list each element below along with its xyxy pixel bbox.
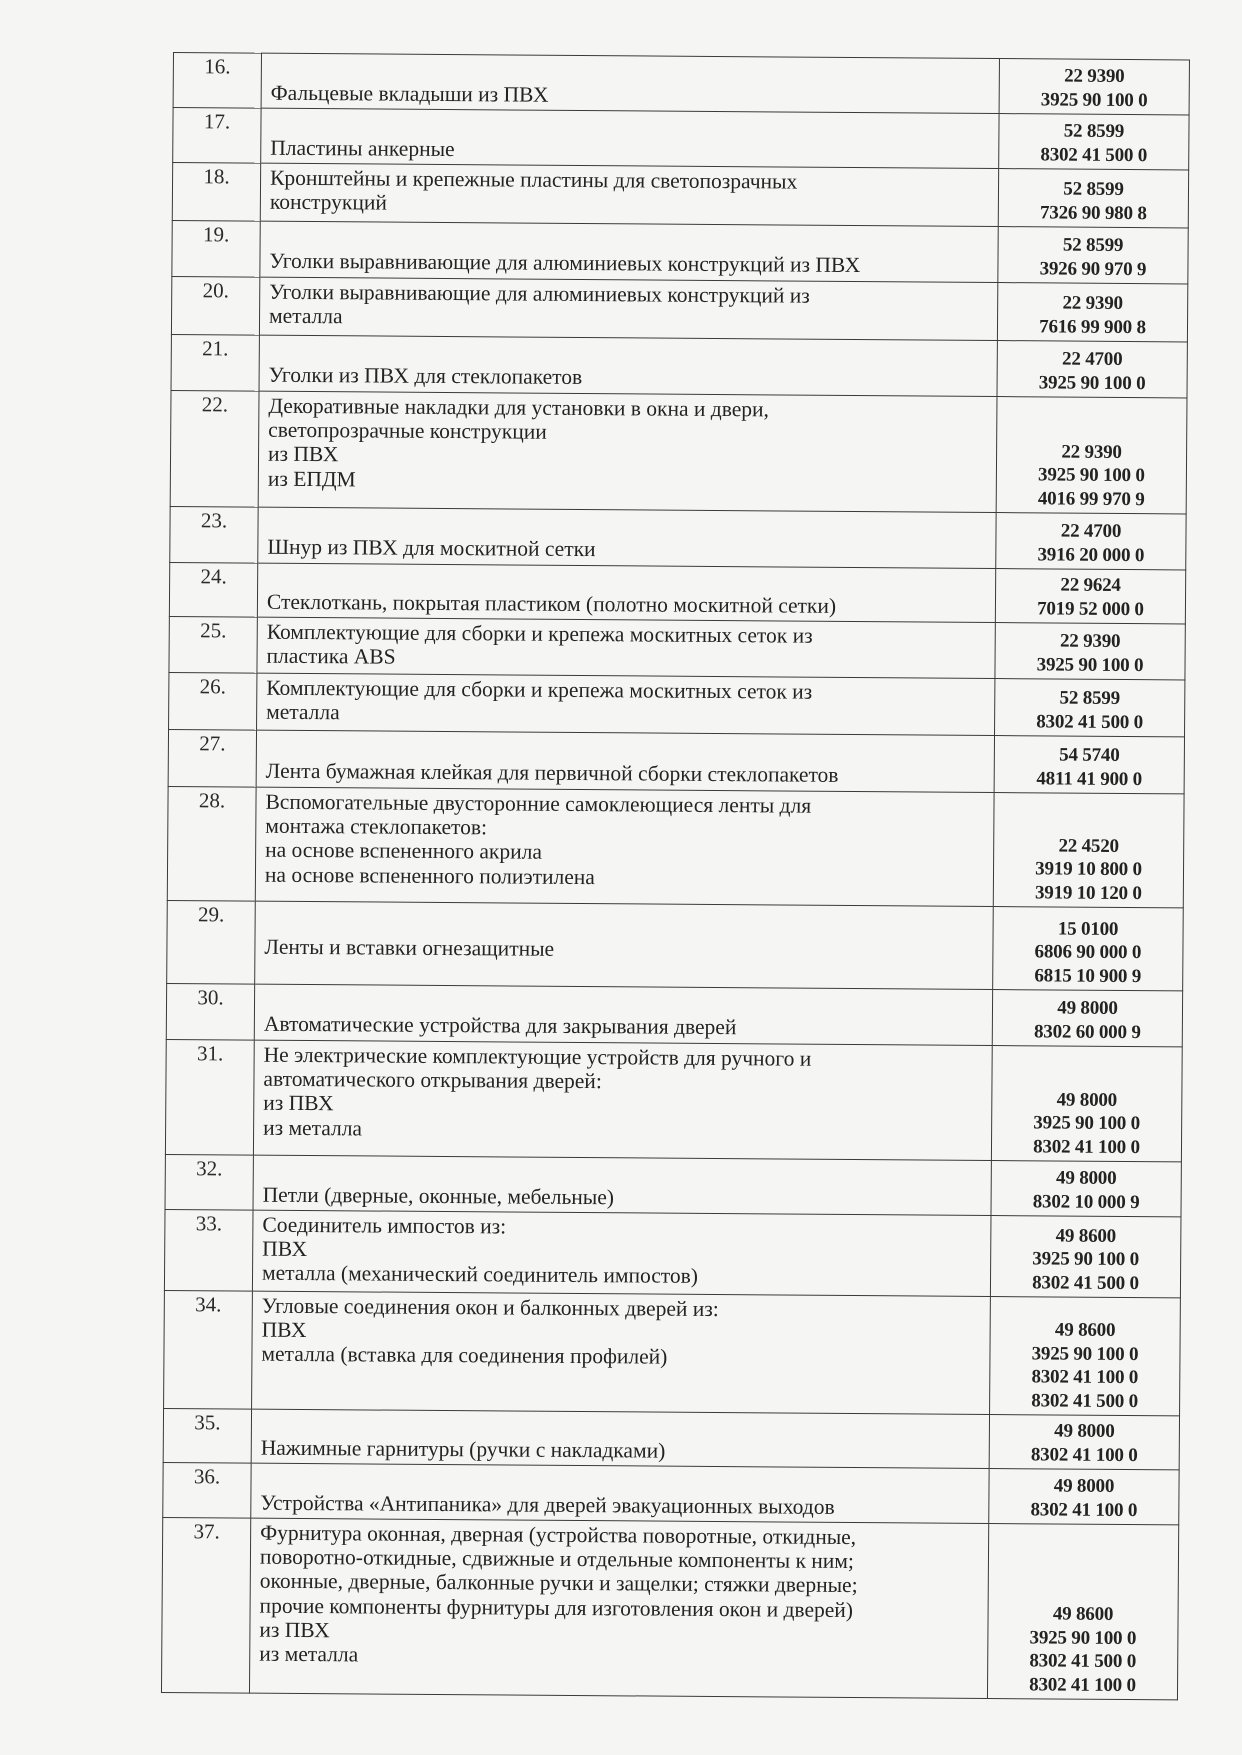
item-description: Соединитель импостов из:ПВХметалла (меха… [252, 1210, 991, 1296]
okpd-code: 49 8000 [992, 1088, 1181, 1113]
classification-codes: 52 85997326 90 980 8 [998, 169, 1188, 228]
row-number: 35. [163, 1408, 251, 1463]
tnved-code: 8302 41 100 0 [988, 1673, 1177, 1698]
okpd-code: 22 9390 [1000, 64, 1189, 89]
row-number: 37. [161, 1517, 250, 1693]
classification-codes: 49 80008302 10 000 9 [991, 1161, 1181, 1217]
row-number: 31. [165, 1039, 254, 1155]
table-row: 35.Нажимные гарнитуры (ручки с накладкам… [163, 1408, 1179, 1469]
item-description: Угловые соединения окон и балконных двер… [252, 1291, 991, 1414]
table-body: 16.Фальцевые вкладыши из ПВХ22 93903925 … [161, 53, 1189, 1700]
item-description: Стеклоткань, покрытая пластиком (полотно… [257, 563, 995, 622]
classification-codes: 22 47003916 20 000 0 [996, 513, 1186, 570]
table-row: 18.Кронштейны и крепежные пластины для с… [172, 163, 1188, 228]
okpd-code: 54 5740 [995, 743, 1184, 768]
description-line: металла [269, 304, 991, 333]
row-number: 33. [164, 1209, 253, 1291]
table-row: 27.Лента бумажная клейкая для первичной … [168, 729, 1184, 793]
tnved-code: 3925 90 100 0 [990, 1342, 1179, 1367]
item-description: Фальцевые вкладыши из ПВХ [261, 53, 999, 113]
okpd-code: 52 8599 [999, 119, 1188, 144]
table-row: 24.Стеклоткань, покрытая пластиком (поло… [169, 562, 1185, 623]
row-number: 36. [163, 1462, 251, 1518]
description-line: Лента бумажная клейкая для первичной сбо… [266, 759, 988, 788]
row-number: 32. [165, 1154, 253, 1210]
tnved-code: 3919 10 800 0 [994, 857, 1183, 882]
okpd-code: 22 9624 [996, 573, 1185, 598]
tnved-code: 8302 41 100 0 [992, 1135, 1181, 1160]
item-description: Ленты и вставки огнезащитные [255, 901, 994, 989]
table-row: 33.Соединитель импостов из:ПВХметалла (м… [164, 1209, 1181, 1297]
classification-codes: 22 45203919 10 800 03919 10 120 0 [993, 793, 1184, 908]
okpd-code: 22 9390 [997, 440, 1186, 465]
classification-codes: 52 85993926 90 970 9 [998, 227, 1188, 284]
tnved-code: 8302 41 100 0 [990, 1443, 1179, 1468]
description-line: Уголки выравнивающие для алюминиевых кон… [269, 249, 991, 278]
tnved-code: 3919 10 120 0 [994, 881, 1183, 906]
table-row: 21.Уголки из ПВХ для стеклопакетов22 470… [171, 334, 1187, 397]
tnved-code: 3925 90 100 0 [1000, 88, 1189, 113]
classification-codes: 22 93903925 90 100 0 [995, 623, 1185, 680]
item-description: Кронштейны и крепежные пластины для свет… [260, 163, 998, 226]
okpd-code: 49 8000 [989, 1474, 1178, 1499]
tnved-code: 3925 90 100 0 [995, 653, 1184, 678]
classification-codes: 22 93903925 90 100 0 [999, 59, 1189, 115]
tnved-code: 3925 90 100 0 [991, 1247, 1180, 1272]
classification-codes: 49 86003925 90 100 08302 41 500 0 [990, 1216, 1181, 1298]
product-code-table: 16.Фальцевые вкладыши из ПВХ22 93903925 … [161, 52, 1190, 1700]
item-description: Комплектующие для сборки и крепежа моски… [257, 617, 995, 678]
tnved-code: 4811 41 900 0 [995, 767, 1184, 792]
classification-codes: 22 96247019 52 000 0 [995, 569, 1185, 624]
description-line: металла (вставка для соединения профилей… [261, 1342, 983, 1371]
table-row: 32.Петли (дверные, оконные, мебельные)49… [165, 1154, 1181, 1216]
description-line: металла (механический соединитель импост… [262, 1261, 984, 1290]
row-number: 16. [173, 53, 261, 109]
tnved-code: 3916 20 000 0 [996, 543, 1185, 568]
classification-codes: 49 80008302 41 100 0 [989, 1469, 1179, 1525]
description-line: Автоматические устройства для закрывания… [264, 1012, 986, 1041]
tnved-code: 8302 10 000 9 [992, 1190, 1181, 1215]
description-line: Ленты и вставки огнезащитные [264, 935, 986, 964]
scanned-document-page: 16.Фальцевые вкладыши из ПВХ22 93903925 … [0, 0, 1242, 1755]
okpd-code: 52 8599 [999, 177, 1188, 202]
okpd-code: 52 8599 [999, 233, 1188, 258]
table-row: 20.Уголки выравнивающие для алюминиевых … [171, 276, 1187, 341]
okpd-code: 49 8600 [991, 1224, 1180, 1249]
row-number: 26. [169, 672, 257, 730]
classification-codes: 22 93903925 90 100 04016 99 970 9 [996, 397, 1187, 514]
row-number: 34. [164, 1290, 253, 1409]
table-row: 30.Автоматические устройства для закрыва… [166, 983, 1182, 1046]
classification-codes: 22 47003925 90 100 0 [997, 341, 1187, 398]
table-row: 26.Комплектующие для сборки и крепежа мо… [169, 672, 1185, 736]
row-number: 20. [171, 276, 259, 335]
description-line: металла [266, 700, 988, 729]
tnved-code: 3925 90 100 0 [998, 371, 1187, 396]
classification-codes: 49 80003925 90 100 08302 41 100 0 [991, 1046, 1182, 1162]
okpd-code: 49 8000 [992, 1166, 1181, 1191]
okpd-code: 49 8000 [990, 1419, 1179, 1444]
description-line: пластика ABS [266, 644, 988, 673]
row-number: 18. [172, 163, 260, 222]
okpd-code: 15 0100 [994, 917, 1183, 942]
tnved-code: 3925 90 100 0 [997, 463, 1186, 488]
tnved-code: 3925 90 100 0 [988, 1626, 1177, 1651]
description-line: Нажимные гарнитуры (ручки с накладками) [261, 1436, 983, 1465]
item-description: Фурнитура оконная, дверная (устройства п… [249, 1518, 988, 1698]
row-number: 21. [171, 334, 259, 391]
tnved-code: 8302 41 500 0 [988, 1649, 1177, 1674]
table-row: 16.Фальцевые вкладыши из ПВХ22 93903925 … [173, 53, 1189, 115]
description-line: Уголки из ПВХ для стеклопакетов [269, 363, 991, 392]
description-line: из металла [263, 1115, 985, 1144]
row-number: 28. [167, 786, 256, 901]
description-line: из металла [259, 1642, 981, 1671]
classification-codes: 52 85998302 41 500 0 [999, 114, 1189, 170]
item-description: Уголки из ПВХ для стеклопакетов [259, 335, 997, 396]
tnved-code: 8302 41 100 0 [990, 1365, 1179, 1390]
table-row: 31.Не электрические комплектующие устрой… [165, 1039, 1182, 1161]
okpd-code: 22 4700 [998, 347, 1187, 372]
classification-codes: 15 01006806 90 000 06815 10 900 9 [993, 907, 1184, 991]
item-description: Лента бумажная клейкая для первичной сбо… [256, 730, 994, 792]
tnved-code: 7616 99 900 8 [998, 315, 1187, 340]
item-description: Нажимные гарнитуры (ручки с накладками) [251, 1409, 989, 1468]
row-number: 23. [170, 506, 258, 563]
description-line: Стеклоткань, покрытая пластиком (полотно… [267, 590, 989, 619]
classification-codes: 49 80008302 41 100 0 [989, 1415, 1179, 1470]
tnved-code: 8302 41 500 0 [991, 1271, 1180, 1296]
item-description: Устройства «Антипаника» для дверей эваку… [251, 1463, 989, 1523]
table-row: 19.Уголки выравнивающие для алюминиевых … [172, 220, 1188, 283]
okpd-code: 22 9390 [996, 629, 1185, 654]
tnved-code: 7326 90 980 8 [999, 201, 1188, 226]
row-number: 25. [169, 616, 257, 673]
tnved-code: 4016 99 970 9 [997, 487, 1186, 512]
description-line: из ЕПДМ [268, 466, 990, 495]
item-description: Шнур из ПВХ для москитной сетки [258, 507, 996, 568]
item-description: Уголки выравнивающие для алюминиевых кон… [260, 221, 998, 282]
tnved-code: 6815 10 900 9 [993, 964, 1182, 989]
row-number: 29. [167, 900, 256, 984]
table-row: 25.Комплектующие для сборки и крепежа мо… [169, 616, 1185, 679]
description-line: конструкций [270, 190, 992, 219]
okpd-code: 22 4700 [996, 519, 1185, 544]
tnved-code: 8302 60 000 9 [993, 1020, 1182, 1045]
row-number: 30. [166, 983, 254, 1040]
item-description: Автоматические устройства для закрывания… [254, 984, 992, 1045]
classification-codes: 54 57404811 41 900 0 [994, 736, 1184, 794]
description-line: Петли (дверные, оконные, мебельные) [263, 1183, 985, 1212]
tnved-code: 8302 41 500 0 [999, 143, 1188, 168]
tnved-code: 3926 90 970 9 [998, 257, 1187, 282]
item-description: Петли (дверные, оконные, мебельные) [253, 1155, 991, 1215]
table-row: 37.Фурнитура оконная, дверная (устройств… [161, 1517, 1178, 1699]
tnved-code: 7019 52 000 0 [996, 597, 1185, 622]
okpd-code: 49 8600 [991, 1318, 1180, 1343]
description-line: Пластины анкерные [270, 136, 992, 165]
table-row: 17.Пластины анкерные52 85998302 41 500 0 [173, 108, 1189, 170]
tnved-code: 3925 90 100 0 [992, 1111, 1181, 1136]
table-row: 29.Ленты и вставки огнезащитные15 010068… [167, 900, 1184, 990]
table-row: 34.Угловые соединения окон и балконных д… [164, 1290, 1181, 1415]
description-line: Фальцевые вкладыши из ПВХ [271, 81, 993, 110]
table-row: 28.Вспомогательные двусторонние самоклею… [167, 786, 1184, 907]
okpd-code: 49 8000 [993, 996, 1182, 1021]
row-number: 27. [168, 729, 256, 787]
tnved-code: 8302 41 500 0 [990, 1389, 1179, 1414]
tnved-code: 8302 41 100 0 [989, 1498, 1178, 1523]
tnved-code: 8302 41 500 0 [995, 710, 1184, 735]
item-description: Уголки выравнивающие для алюминиевых кон… [259, 277, 997, 340]
okpd-code: 22 4520 [994, 834, 1183, 859]
item-description: Пластины анкерные [261, 108, 999, 168]
classification-codes: 22 93907616 99 900 8 [997, 283, 1187, 342]
okpd-code: 22 9390 [998, 291, 1187, 316]
classification-codes: 49 86003925 90 100 08302 41 100 08302 41… [990, 1297, 1181, 1416]
row-number: 22. [170, 390, 259, 507]
description-line: на основе вспененного полиэтилена [265, 862, 987, 891]
description-line: Шнур из ПВХ для москитной сетки [267, 535, 989, 564]
classification-codes: 49 80008302 60 000 9 [992, 990, 1182, 1047]
okpd-code: 49 8600 [988, 1602, 1177, 1627]
tnved-code: 6806 90 000 0 [993, 940, 1182, 965]
okpd-code: 52 8599 [995, 686, 1184, 711]
item-description: Декоративные накладки для установки в ок… [258, 391, 997, 512]
row-number: 24. [169, 562, 257, 617]
classification-codes: 49 86003925 90 100 08302 41 500 08302 41… [987, 1524, 1178, 1700]
table-row: 36.Устройства «Антипаника» для дверей эв… [163, 1462, 1179, 1524]
table-row: 23.Шнур из ПВХ для москитной сетки22 470… [170, 506, 1186, 569]
row-number: 19. [172, 220, 260, 277]
description-line: Устройства «Антипаника» для дверей эваку… [260, 1491, 982, 1520]
classification-codes: 52 85998302 41 500 0 [995, 679, 1185, 737]
table-row: 22.Декоративные накладки для установки в… [170, 390, 1187, 513]
item-description: Вспомогательные двусторонние самоклеющие… [255, 787, 994, 906]
item-description: Комплектующие для сборки и крепежа моски… [257, 673, 995, 735]
row-number: 17. [173, 108, 261, 164]
item-description: Не электрические комплектующие устройств… [253, 1040, 992, 1160]
